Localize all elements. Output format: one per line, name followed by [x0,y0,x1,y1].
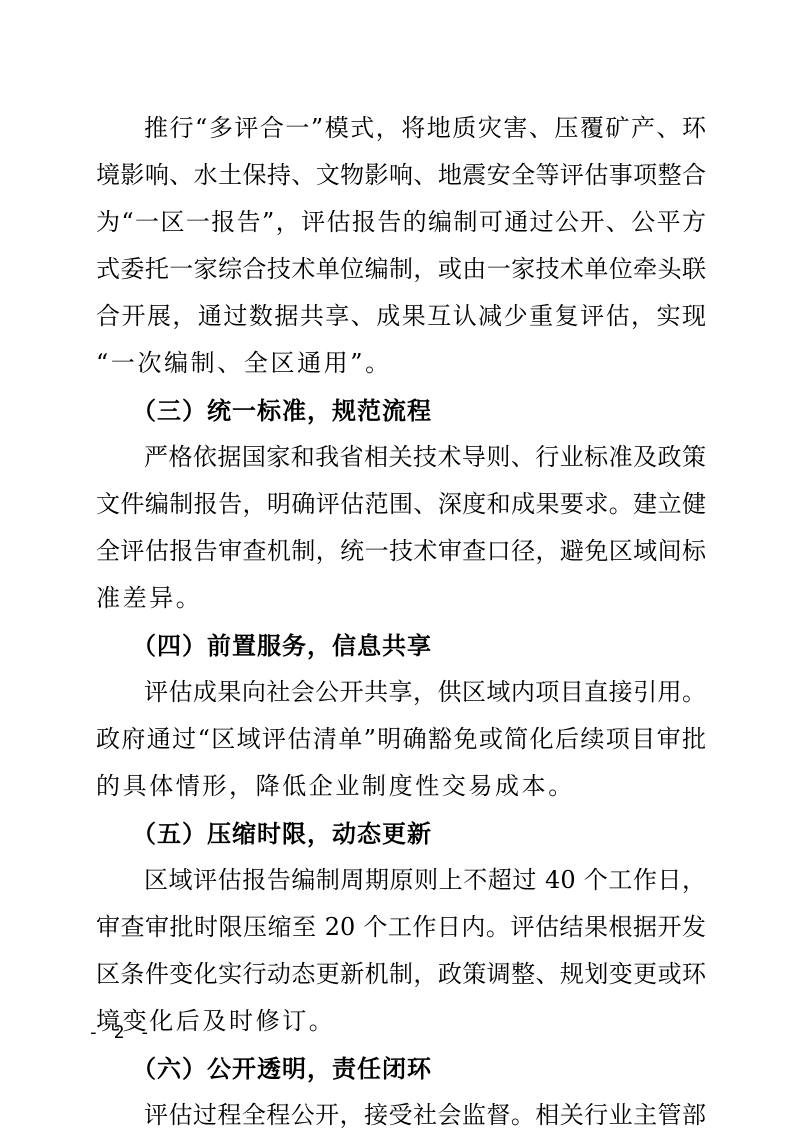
paragraph-line: “一次编制、全区通用”。 [96,340,706,387]
paragraph-line: 境影响、水土保持、文物影响、地震安全等评估事项整合 [96,152,706,199]
paragraph-line: 区域评估报告编制周期原则上不超过 40 个工作日， [96,857,706,904]
paragraph-line: 严格依据国家和我省相关技术导则、行业标准及政策 [96,434,706,481]
paragraph-line: 评估过程全程公开，接受社会监督。相关行业主管部 [96,1092,706,1132]
paragraph-line: 合开展，通过数据共享、成果互认减少重复评估，实现 [96,293,706,340]
section-heading-4: （四）前置服务，信息共享 [96,622,706,669]
page-number: - 2 - [88,1022,152,1043]
paragraph-line: 为“一区一报告”，评估报告的编制可通过公开、公平方 [96,199,706,246]
paragraph-line: 评估成果向社会公开共享，供区域内项目直接引用。 [96,669,706,716]
section-heading-5: （五）压缩时限，动态更新 [96,810,706,857]
paragraph-line: 准差异。 [96,575,706,622]
section-heading-6: （六）公开透明，责任闭环 [96,1045,706,1092]
paragraph-line: 政府通过“区域评估清单”明确豁免或简化后续项目审批 [96,716,706,763]
paragraph-line: 区条件变化实行动态更新机制，政策调整、规划变更或环 [96,951,706,998]
paragraph-line: 的具体情形，降低企业制度性交易成本。 [96,763,706,810]
paragraph-line: 式委托一家综合技术单位编制，或由一家技术单位牵头联 [96,246,706,293]
paragraph-line: 审查审批时限压缩至 20 个工作日内。评估结果根据开发 [96,904,706,951]
paragraph-line: 推行“多评合一”模式，将地质灾害、压覆矿产、环 [96,105,706,152]
section-heading-3: （三）统一标准，规范流程 [96,387,706,434]
document-body: 推行“多评合一”模式，将地质灾害、压覆矿产、环 境影响、水土保持、文物影响、地震… [96,105,706,1132]
paragraph-line: 全评估报告审查机制，统一技术审查口径，避免区域间标 [96,528,706,575]
paragraph-line: 文件编制报告，明确评估范围、深度和成果要求。建立健 [96,481,706,528]
paragraph-line: 境变化后及时修订。 [96,998,706,1045]
